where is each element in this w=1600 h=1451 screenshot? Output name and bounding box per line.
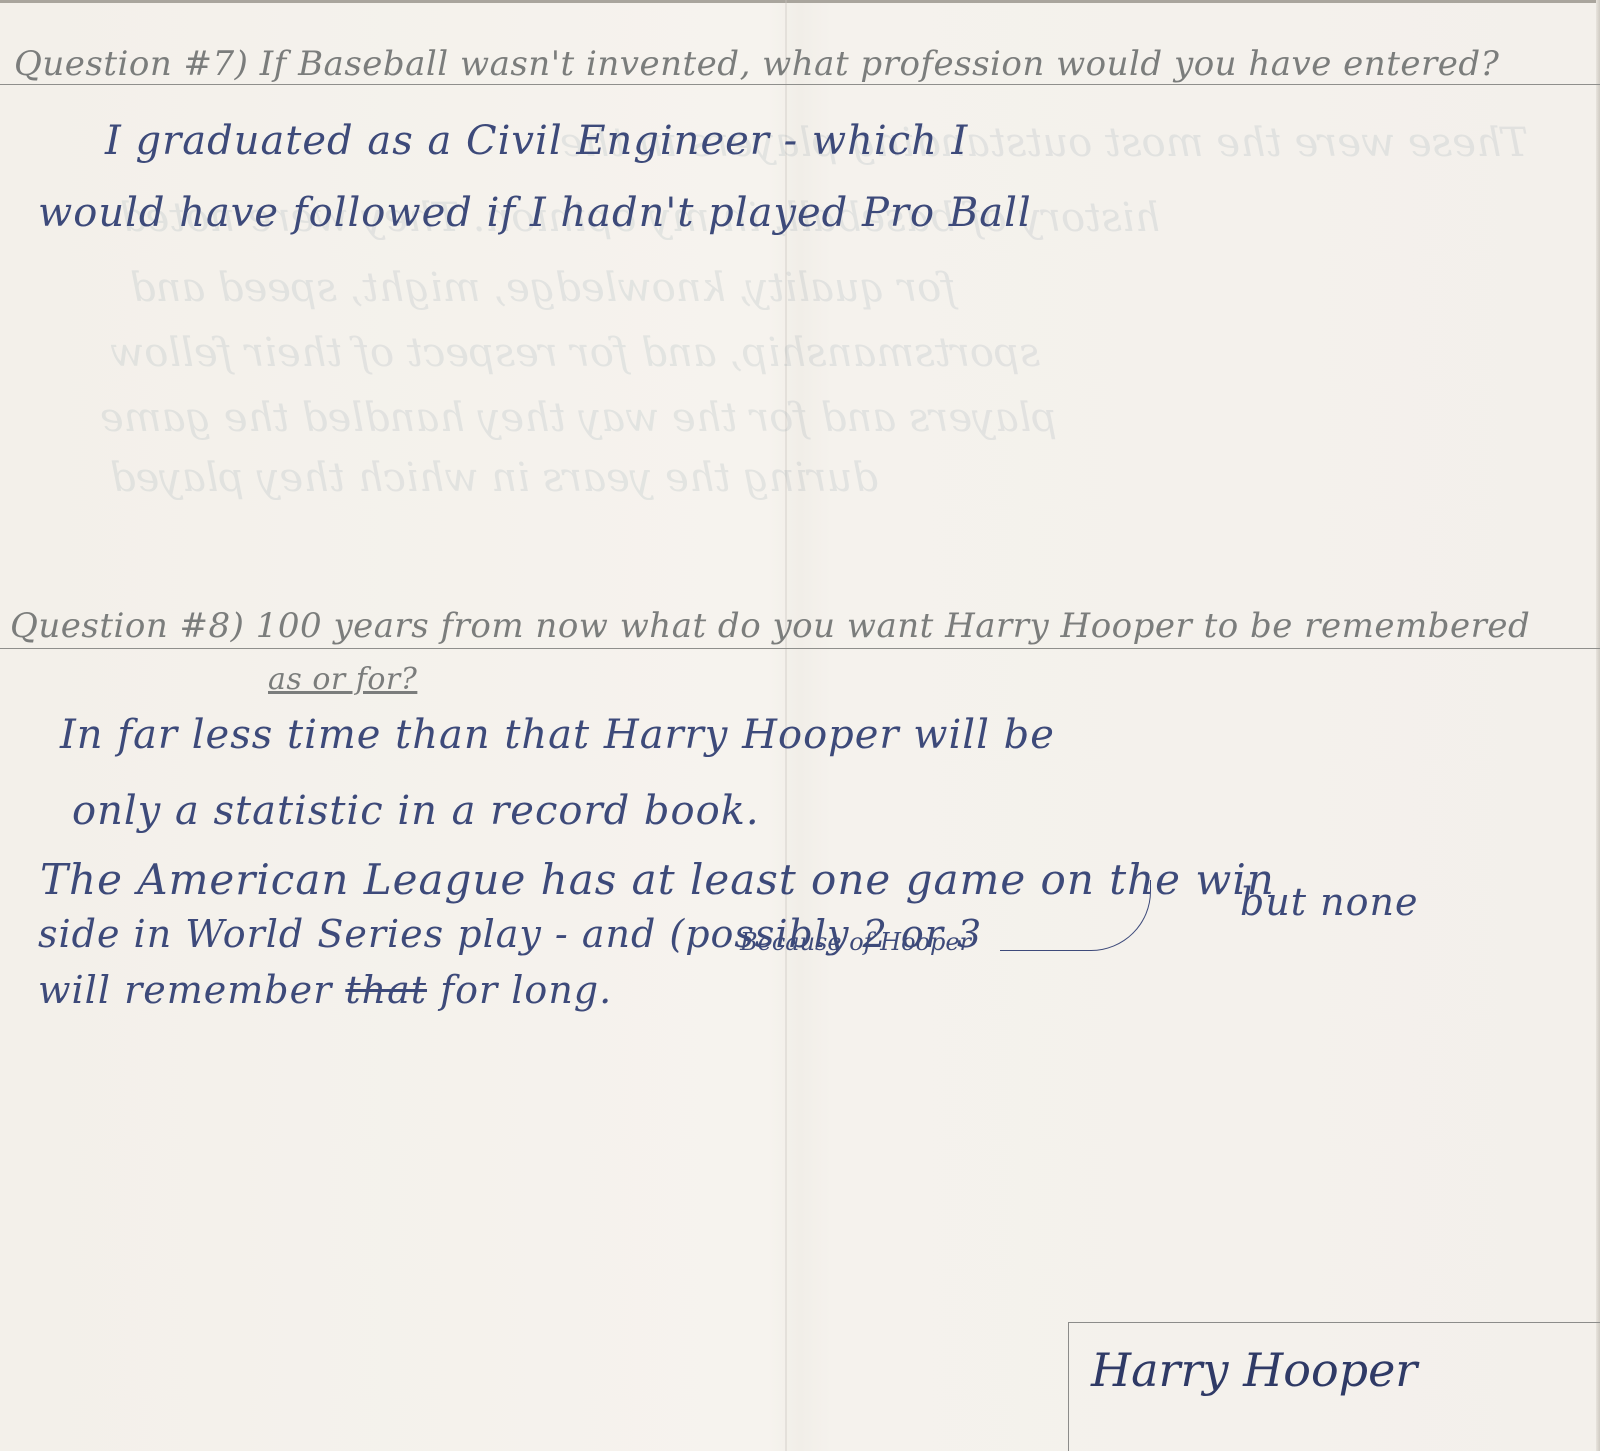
answer-fragment: for long. (427, 968, 612, 1012)
paper-right-edge (1596, 0, 1600, 1451)
question-8-inserted-note: Because of Hooper (740, 928, 971, 956)
question-7-answer-line: would have followed if I hadn't played P… (38, 190, 1032, 236)
answer-fragment: will remember (38, 968, 345, 1012)
question-8-answer-line: will remember that for long. (38, 968, 612, 1012)
question-8-answer-line-tail: but none (1240, 880, 1418, 924)
question-7-text: If Baseball wasn't invented, what profes… (260, 44, 1500, 84)
signature: Harry Hooper (1091, 1343, 1417, 1397)
question-8-rule (0, 648, 1600, 649)
bleed-through-line: sportsmanship, and for respect of their … (110, 330, 1040, 376)
question-8-text: 100 years from now what do you want Harr… (256, 606, 1530, 646)
question-7-prompt: Question #7) If Baseball wasn't invented… (14, 44, 1499, 84)
signature-box: Harry Hooper (1068, 1322, 1600, 1451)
struck-through-word: that (345, 968, 427, 1012)
document-page: These were the most outstanding players … (0, 0, 1600, 1451)
bleed-through-line: for quality, knowledge, might, speed and (130, 265, 956, 311)
question-8-answer-line: only a statistic in a record book. (72, 788, 760, 834)
question-7-rule (0, 84, 1600, 85)
question-8-prompt-continued: as or for? (268, 662, 417, 697)
question-7-label: Question #7) (14, 44, 248, 84)
bleed-through-line: players and for the way they handled the… (100, 395, 1057, 441)
bleed-through-line: during the years in which they played (110, 455, 878, 501)
closing-parenthesis-curve (1000, 880, 1151, 951)
paper-top-edge (0, 0, 1600, 3)
question-8-answer-line: In far less time than that Harry Hooper … (60, 712, 1055, 758)
question-7-answer-line: I graduated as a Civil Engineer - which … (105, 118, 968, 164)
question-8-prompt: Question #8) 100 years from now what do … (10, 606, 1530, 646)
question-8-label: Question #8) (10, 606, 244, 646)
